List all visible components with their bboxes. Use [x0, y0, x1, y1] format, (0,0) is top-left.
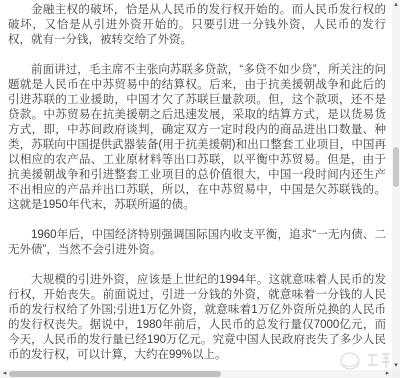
paragraph: 金融主权的破坏，恰是从人民币的发行权开始的。而人民币发行权的破坏，又恰是从引进外…	[8, 3, 386, 48]
article-content: 金融主权的破坏，恰是从人民币的发行权开始的。而人民币发行权的破坏，又恰是从引进外…	[0, 0, 392, 370]
vertical-scrollbar-thumb[interactable]	[393, 147, 399, 187]
vertical-scrollbar[interactable]: ▴ ▾	[392, 0, 400, 370]
paragraph: 大规模的引进外资，应该是上世纪的1994年。这就意味着人民币的发行权，开始丧失。…	[8, 273, 386, 363]
scroll-left-icon[interactable]: ◂	[0, 370, 9, 378]
scroll-right-icon[interactable]: ▸	[383, 370, 392, 378]
scroll-up-icon[interactable]: ▴	[392, 0, 400, 9]
article-page: 金融主权的破坏，恰是从人民币的发行权开始的。而人民币发行权的破坏，又恰是从引进外…	[0, 0, 400, 378]
horizontal-scrollbar[interactable]: ◂ ▸	[0, 370, 392, 378]
paragraph: 1960年后，中国经济特别强调国际国内收支平衡，追求“一无内债、二无外债”，当然…	[8, 228, 386, 258]
scrollbar-corner	[392, 370, 400, 378]
horizontal-scrollbar-thumb[interactable]	[9, 371, 221, 377]
scroll-down-icon[interactable]: ▾	[392, 361, 400, 370]
paragraph: 前面讲过，毛主席不主张向苏联多贷款，“多贷不如少贷”，所关注的问题就是人民币在中…	[8, 63, 386, 213]
